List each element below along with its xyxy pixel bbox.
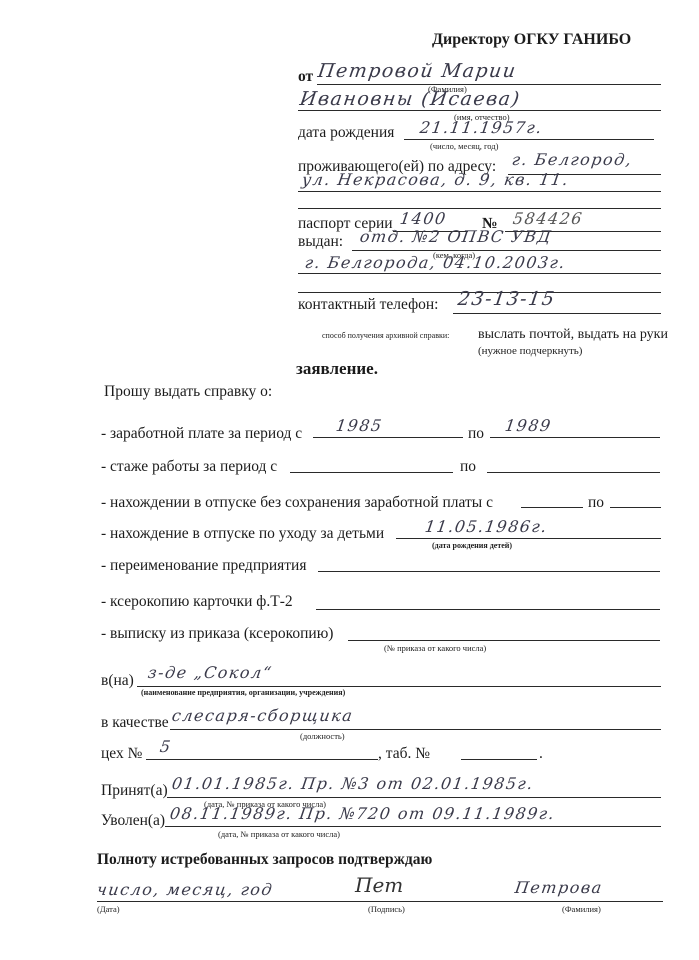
hired-label: Принят(а) <box>101 782 168 800</box>
issued-by-field[interactable]: отд. №2 ОПВС УВД <box>359 227 554 246</box>
delivery-options[interactable]: выслать почтой, выдать на руки <box>478 327 668 343</box>
issued-by-line <box>352 250 661 251</box>
issued-line2 <box>298 273 661 274</box>
copy-t2-label: - ксерокопию карточки ф.Т-2 <box>101 593 293 611</box>
passport-series-field[interactable]: 1400 <box>399 209 448 228</box>
seniority-to-label: по <box>460 458 476 476</box>
surname-name-line <box>317 84 661 85</box>
salary-from-field[interactable]: 1985 <box>335 416 384 435</box>
fired-caption: (дата, № приказа от какого числа) <box>218 829 340 839</box>
position-caption: (должность) <box>300 731 345 741</box>
birth-line <box>404 139 654 140</box>
order-extract-caption: (№ приказа от какого числа) <box>384 643 486 653</box>
address-line2-field[interactable]: ул. Некрасова, д. 9, кв. 11. <box>301 170 571 189</box>
signature-caption: (Подпись) <box>368 904 405 914</box>
birth-caption: (число, месяц, год) <box>430 141 498 151</box>
order-extract-line[interactable] <box>348 640 660 641</box>
seniority-label: - стаже работы за период с <box>101 458 277 476</box>
signature-field[interactable]: Пет <box>355 873 403 897</box>
org-line <box>137 686 661 687</box>
date-signature-field[interactable]: число, месяц, год <box>96 880 275 899</box>
seniority-to-line[interactable] <box>487 472 660 473</box>
position-field[interactable]: слесаря-сборщика <box>171 706 355 725</box>
fired-label: Уволен(а) <box>101 812 165 830</box>
position-label: в качестве <box>101 714 169 732</box>
patronymic-field[interactable]: Ивановны (Исаева) <box>298 88 522 110</box>
org-caption: (наименование предприятия, организации, … <box>141 688 345 697</box>
child-leave-field[interactable]: 11.05.1986г. <box>424 517 549 536</box>
org-field[interactable]: з-де „Сокол“ <box>147 663 274 682</box>
order-extract-label: - выписку из приказа (ксерокопию) <box>101 625 333 643</box>
rename-label: - переименование предприятия <box>101 557 306 575</box>
phone-field[interactable]: 23-13-15 <box>456 288 556 310</box>
fired-line <box>165 826 661 827</box>
hired-line <box>167 797 661 798</box>
tab-line[interactable] <box>461 759 537 760</box>
salary-to-line <box>490 437 660 438</box>
phone-label: контактный телефон: <box>298 296 438 314</box>
addressee: Директору ОГКУ ГАНИБО <box>432 31 631 49</box>
salary-to-field[interactable]: 1989 <box>504 416 553 435</box>
salary-from-line <box>313 437 463 438</box>
position-line <box>170 729 661 730</box>
delivery-caption: (нужное подчеркнуть) <box>478 345 582 357</box>
document-title-dot: . <box>374 359 378 378</box>
seniority-from-line[interactable] <box>290 472 453 473</box>
unpaid-leave-to-line[interactable] <box>610 507 661 508</box>
salary-to-label: по <box>468 425 484 443</box>
date-caption: (Дата) <box>97 904 120 914</box>
tab-label: , таб. № <box>378 745 430 763</box>
copy-t2-line[interactable] <box>316 609 660 610</box>
phone-line <box>453 313 661 314</box>
surname-name-field[interactable]: Петровой Марии <box>316 60 518 82</box>
tab-end: . <box>539 745 543 763</box>
delivery-label: способ получения архивной справки: <box>322 331 449 340</box>
signature-line <box>97 901 663 902</box>
patronymic-line <box>298 110 661 111</box>
passport-number-field[interactable]: 584426 <box>512 209 585 228</box>
hired-field[interactable]: 01.01.1985г. Пр. №3 от 02.01.1985г. <box>171 774 535 793</box>
document-title: заявление. <box>296 359 378 379</box>
org-label: в(на) <box>101 672 134 690</box>
document-title-text: заявление <box>296 359 374 378</box>
unpaid-leave-label: - нахождении в отпуске без сохранения за… <box>101 494 493 512</box>
child-leave-line <box>396 538 661 539</box>
salary-label: - заработной плате за период с <box>101 425 302 443</box>
request-intro: Прошу выдать справку о: <box>104 383 272 401</box>
birth-date-field[interactable]: 21.11.1957г. <box>419 118 544 137</box>
unpaid-leave-to-label: по <box>588 494 604 512</box>
fired-field[interactable]: 08.11.1989г. Пр. №720 от 09.11.1989г. <box>169 804 557 823</box>
surname-signature-field[interactable]: Петрова <box>514 878 604 897</box>
issued-label: выдан: <box>298 233 343 251</box>
rename-line[interactable] <box>318 571 660 572</box>
confirm-text: Полноту истребованных запросов подтвержд… <box>97 851 432 869</box>
issued-line2-field[interactable]: г. Белгорода, 04.10.2003г. <box>304 253 568 272</box>
shop-label: цех № <box>101 745 142 763</box>
surname-sig-caption: (Фамилия) <box>562 904 601 914</box>
address-line3 <box>298 208 661 209</box>
shop-line <box>146 759 378 760</box>
from-label: от <box>298 68 313 86</box>
address-line1-field[interactable]: г. Белгород, <box>511 150 634 169</box>
child-leave-caption: (дата рождения детей) <box>432 541 512 550</box>
shop-field[interactable]: 5 <box>159 737 173 756</box>
birth-label: дата рождения <box>298 124 394 142</box>
child-leave-label: - нахождение в отпуске по уходу за детьм… <box>101 525 384 543</box>
unpaid-leave-from-line[interactable] <box>521 507 583 508</box>
address-line2 <box>298 191 661 192</box>
